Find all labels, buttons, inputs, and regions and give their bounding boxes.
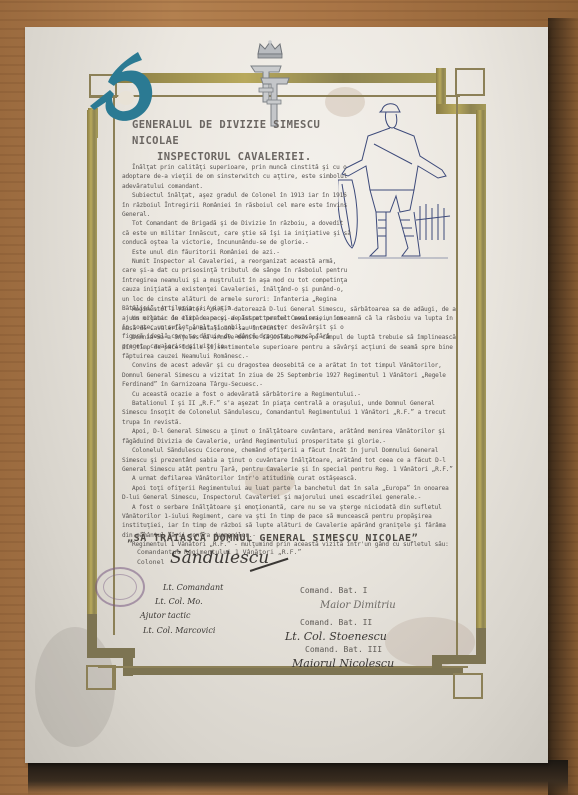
paper-shadow-bottom <box>28 760 568 795</box>
bat-1-label: Comand. Bat. I <box>300 586 367 595</box>
paragraph: Apoi toţi ofiţerii Regimentului au luat … <box>122 484 457 503</box>
paragraph: Regimentul 1 Vânători „R.F.” datorează D… <box>122 305 457 333</box>
cheer-slogan: „SĂ TRĂIASCĂ DOMNUL GENERAL SIMESCU NICO… <box>127 533 457 544</box>
paragraph: Înălţat prin calităţi superioare, prin m… <box>122 163 352 191</box>
paper-shadow-right <box>548 18 578 795</box>
border-right-gold <box>476 110 486 630</box>
signature-left-1: Lt. Comandant <box>163 583 223 592</box>
body-text-wide-column: Regimentul 1 Vânători „R.F.” datorează D… <box>122 305 457 550</box>
paragraph: Cu această ocazie a fost o adevărată săr… <box>122 390 457 399</box>
header-line-1: GENERALUL DE DIVIZIE SIMESCU NICOLAE <box>132 117 332 149</box>
regimental-seal-stamp <box>95 567 145 607</box>
border-corner-box-br <box>453 673 483 699</box>
paragraph: Apoi, D-l General Simescu a ţinut o înăl… <box>122 427 457 446</box>
border-br-v2 <box>432 655 442 675</box>
paragraph: Batalionul I şi II „R.F.” s'a aşezat în … <box>122 399 457 427</box>
paragraph: Colonelul Săndulescu Cicerone, chemând o… <box>122 446 457 474</box>
paragraph: Convins de acest adevăr şi cu dragostea … <box>122 361 457 389</box>
bat-2-label: Comand. Bat. II <box>300 618 372 627</box>
bat-1-signature: Maior Dimitriu <box>320 600 396 611</box>
border-corner-box-tr <box>455 68 485 96</box>
paragraph: Este unul din făuritorii României de azi… <box>122 248 352 257</box>
soldier-illustration <box>338 100 458 260</box>
paragraph: Tot Comandant de Brigadă şi de Divizie î… <box>122 219 352 247</box>
hunting-horn-icon <box>90 50 160 125</box>
border-left-thin <box>113 95 115 635</box>
commander-signature: Săndulescu <box>170 548 269 568</box>
signature-left-4: Lt. Col. Marcovici <box>143 626 215 635</box>
border-bottom-thin <box>98 666 468 668</box>
commander-rank: Colonel <box>137 558 164 566</box>
paragraph: Domnia-Sa a înţeles că armele menite să … <box>122 333 457 361</box>
signature-left-2: Lt. Col. Mo. <box>155 597 203 606</box>
border-bl-thin <box>112 665 114 690</box>
border-bl-v <box>87 614 97 650</box>
paragraph: A urmat defilarea Vânătorilor într'o ati… <box>122 474 457 483</box>
border-left-gold <box>87 110 97 615</box>
bat-2-signature: Lt. Col. Stoenescu <box>285 630 387 643</box>
bat-3-signature: Maiorul Nicolescu <box>292 657 394 670</box>
paragraph: Subiectul înălţat, aşez gradul de Colone… <box>122 191 352 219</box>
signature-left-3: Ajutor tactic <box>140 611 191 620</box>
bat-3-label: Comand. Bat. III <box>305 645 382 654</box>
document-header: GENERALUL DE DIVIZIE SIMESCU NICOLAE INS… <box>132 117 332 165</box>
